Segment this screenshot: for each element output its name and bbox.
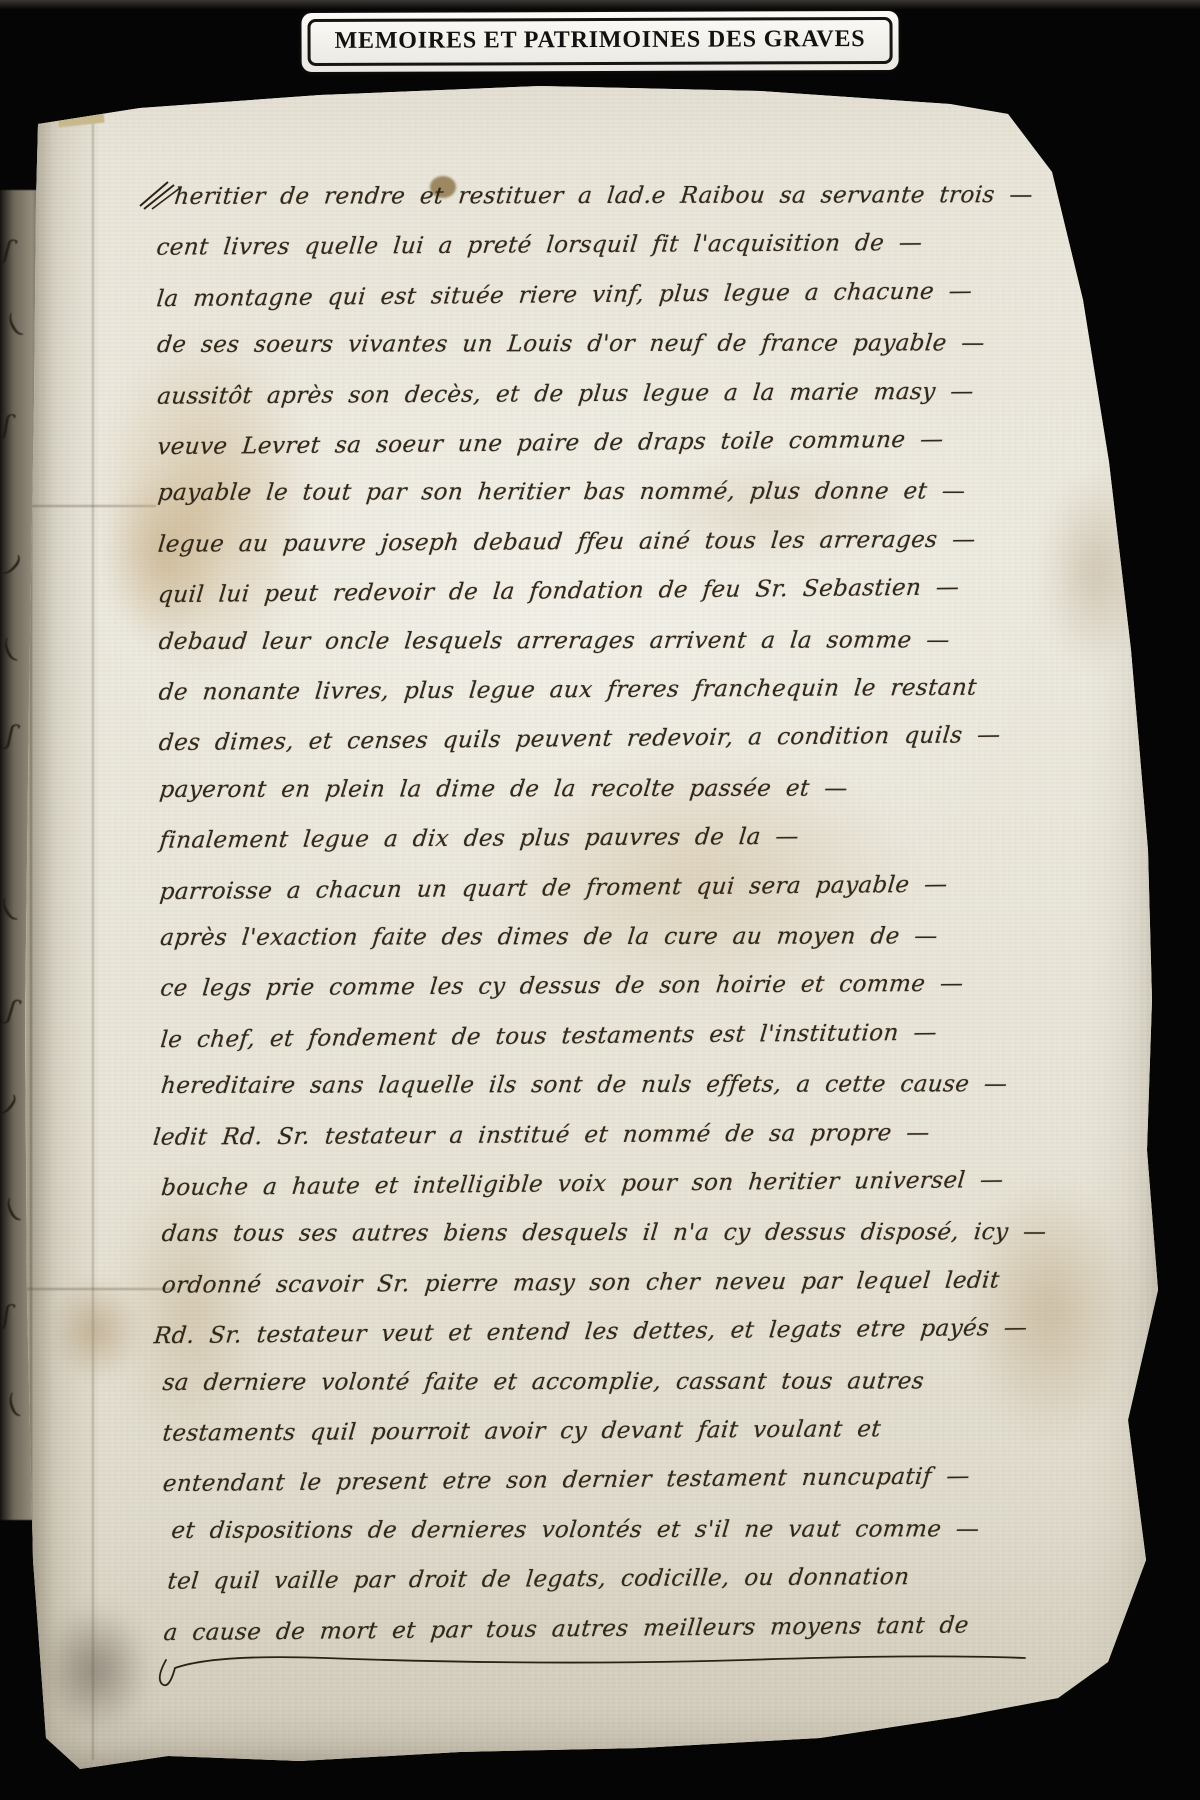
margin-ink-mark: ʃ [4, 720, 17, 752]
manuscript-text-block: heritier de rendre et restituer a lad.e … [0, 0, 1200, 1800]
manuscript-line: le chef, et fondement de tous testaments… [159, 1019, 1022, 1053]
manuscript-line: hereditaire sans laquelle ils sont de nu… [160, 1071, 1022, 1099]
manuscript-line: aussitôt après son decès, et de plus leg… [156, 378, 1019, 409]
manuscript-line: ce legs prie comme les cy dessus de son … [159, 970, 1022, 1001]
closing-flourish-icon [148, 1638, 1028, 1688]
margin-ink-mark: ( [0, 310, 28, 341]
manuscript-line: cent livres quelle lui a preté lorsquil … [155, 229, 1018, 260]
margin-ink-mark: ( [0, 635, 22, 666]
manuscript-line: payeront en plein la dime de la recolte … [158, 775, 1020, 803]
manuscript-line: la montagne qui est située riere vinf, p… [155, 278, 1018, 312]
manuscript-line: après l'exaction faite des dimes de la c… [159, 923, 1021, 951]
manuscript-line: parroisse a chacun un quart de froment q… [159, 871, 1022, 905]
manuscript-line: veuve Levret sa soeur une paire de draps… [156, 426, 1019, 460]
page-title: MEMOIRES ET PATRIMOINES DES GRAVES [335, 26, 866, 54]
manuscript-line: legue au pauvre joseph debaud ffeu ainé … [157, 526, 1020, 557]
manuscript-line: bouche a haute et intelligible voix pour… [160, 1167, 1023, 1201]
manuscript-line: finalement legue a dix des plus pauvres … [158, 822, 1021, 853]
margin-ink-mark: ( [0, 1195, 26, 1226]
margin-ink-mark: ( [1, 1389, 26, 1421]
margin-ink-mark: ʃ [1, 235, 15, 267]
margin-ink-mark: ) [0, 1089, 21, 1121]
manuscript-line: ledit Rd. Sr. testateur a institué et no… [152, 1119, 1015, 1150]
margin-ink-mark: ʃ [1, 410, 13, 442]
margin-ink-mark: ( [0, 895, 23, 925]
manuscript-line: de ses soeurs vivantes un Louis d'or neu… [156, 330, 1018, 358]
manuscript-line: de nonante livres, plus legue aux freres… [158, 674, 1021, 705]
manuscript-line: tel quil vaille par droit de legats, cod… [166, 1563, 1029, 1594]
manuscript-line: entendant le present etre son dernier te… [162, 1463, 1025, 1497]
manuscript-line: heritier de rendre et restituer a lad.e … [173, 182, 1035, 210]
manuscript-line: sa derniere volonté faite et accomplie, … [161, 1368, 1023, 1396]
manuscript-line: testaments quil pourroit avoir cy devant… [161, 1415, 1024, 1446]
margin-ink-mark: ) [1, 549, 26, 581]
manuscript-line: et dispositions de dernieres volontés et… [170, 1516, 1032, 1544]
manuscript-line: dans tous ses autres biens desquels il n… [161, 1219, 1023, 1247]
manuscript-line: quil lui peut redevoir de la fondation d… [157, 574, 1020, 608]
manuscript-page: heritier de rendre et restituer a lad.e … [0, 0, 1200, 1800]
manuscript-line: payable le tout par son heritier bas nom… [157, 478, 1019, 506]
title-plate-border: MEMOIRES ET PATRIMOINES DES GRAVES [307, 17, 892, 66]
manuscript-line: ordonné scavoir Sr. pierre masy son cher… [161, 1267, 1024, 1298]
margin-ink-mark: ʃ [4, 995, 19, 1027]
margin-ink-mark: ʃ [1, 1300, 12, 1332]
manuscript-line: Rd. Sr. testateur veut et entend les det… [153, 1315, 1016, 1349]
manuscript-line: des dimes, et censes quils peuvent redev… [158, 722, 1021, 756]
archive-title-plate: MEMOIRES ET PATRIMOINES DES GRAVES [301, 11, 898, 72]
case-top-edge [0, 0, 1200, 9]
manuscript-line: debaud leur oncle lesquels arrerages arr… [157, 627, 1019, 655]
